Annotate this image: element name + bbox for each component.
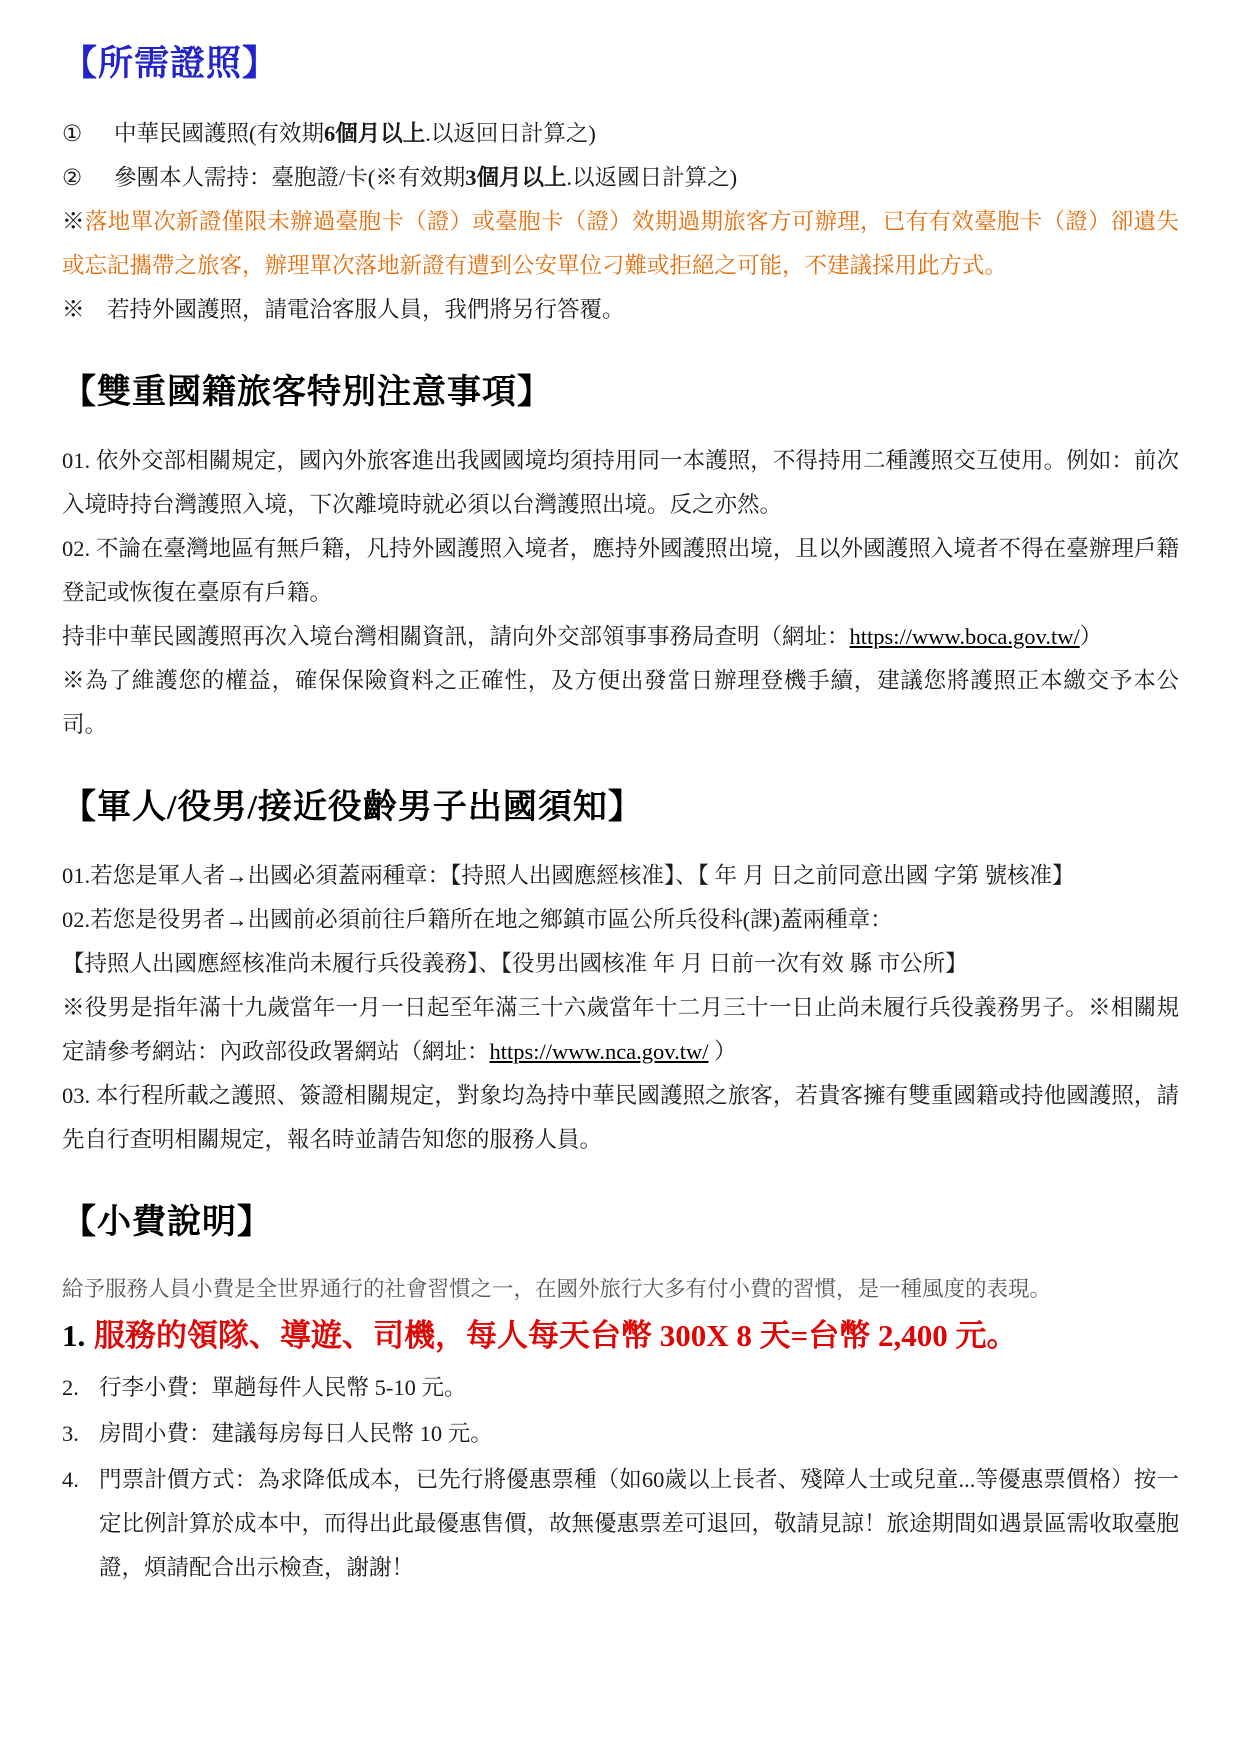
dual-nationality-rule-1: 01. 依外交部相關規定，國內外旅客進出我國國境均須持用同一本護照，不得持用二種… — [62, 439, 1179, 527]
nca-website-link[interactable]: https://www.nca.gov.tw/ — [490, 1039, 709, 1064]
tip-item-guide-driver-text: 服務的領隊、導遊、司機，每人每天台幣 300X 8 天=台幣 2,400 元。 — [94, 1318, 1018, 1353]
foreign-passport-note: ※ 若持外國護照，請電洽客服人員，我們將另行答覆。 — [62, 288, 1179, 332]
required-doc-item-2-text: 參團本人需持：臺胞證/卡(※有效期3個月以上.以返國日計算之) — [114, 165, 737, 190]
document-page: 【所需證照】 ① 中華民國護照(有效期6個月以上.以返回日計算之) ② 參團本人… — [0, 0, 1241, 1755]
military-rule-2: 02.若您是役男者→出國前必須前往戶籍所在地之鄉鎮市區公所兵役科(課)蓋兩種章： — [62, 898, 1179, 942]
tip-number-1: 1. — [62, 1311, 85, 1360]
military-rule-1: 01.若您是軍人者→出國必須蓋兩種章：【持照人出國應經核准】、【 年 月 日之前… — [62, 854, 1179, 898]
tip-item-tickets: 4. 門票計價方式：為求降低成本，已先行將優惠票種（如60歲以上長者、殘障人士或… — [62, 1458, 1179, 1590]
dual-nationality-boca-info: 持非中華民國護照再次入境台灣相關資訊，請向外交部領事事務局查明（網址：https… — [62, 615, 1179, 659]
landing-permit-warning: ※落地單次新證僅限未辦過臺胞卡（證）或臺胞卡（證）效期過期旅客方可辦理，已有有效… — [62, 200, 1179, 288]
required-doc-item-1-text: 中華民國護照(有效期6個月以上.以返回日計算之) — [114, 121, 596, 146]
tip-item-room: 3. 房間小費：建議每房每日人民幣 10 元。 — [62, 1412, 1179, 1456]
military-rule-3: 03. 本行程所載之護照、簽證相關規定，對象均為持中華民國護照之旅客，若貴客擁有… — [62, 1074, 1179, 1162]
circled-number-2: ② — [62, 156, 82, 200]
tip-item-tickets-text: 門票計價方式：為求降低成本，已先行將優惠票種（如60歲以上長者、殘障人士或兒童.… — [99, 1467, 1179, 1580]
required-doc-item-1: ① 中華民國護照(有效期6個月以上.以返回日計算之) — [62, 112, 1179, 156]
section-title-required-documents: 【所需證照】 — [62, 36, 1179, 86]
section-title-military-service: 【軍人/役男/接近役齡男子出國須知】 — [62, 779, 1179, 828]
tip-number-3: 3. — [62, 1412, 79, 1456]
tips-intro: 給予服務人員小費是全世界通行的社會習慣之一，在國外旅行大多有付小費的習慣，是一種… — [62, 1269, 1179, 1309]
draftee-definition-note: ※役男是指年滿十九歲當年一月一日起至年滿三十六歲當年十二月三十一日止尚未履行兵役… — [62, 986, 1179, 1074]
tip-number-4: 4. — [62, 1458, 79, 1502]
reference-mark: ※ — [62, 209, 85, 234]
tip-item-room-text: 房間小費：建議每房每日人民幣 10 元。 — [99, 1421, 493, 1446]
boca-website-link[interactable]: https://www.boca.gov.tw/ — [850, 624, 1080, 649]
tip-item-luggage-text: 行李小費：單趟每件人民幣 5-10 元。 — [99, 1375, 467, 1400]
military-rule-2-stamps: 【持照人出國應經核准尚未履行兵役義務】、【役男出國核准 年 月 日前一次有效 縣… — [62, 942, 1179, 986]
section-title-tips: 【小費說明】 — [62, 1194, 1179, 1243]
section-title-dual-nationality: 【雙重國籍旅客特別注意事項】 — [62, 364, 1179, 413]
circled-number-1: ① — [62, 112, 82, 156]
tip-number-2: 2. — [62, 1366, 79, 1410]
landing-permit-warning-text: 落地單次新證僅限未辦過臺胞卡（證）或臺胞卡（證）效期過期旅客方可辦理，已有有效臺… — [62, 209, 1179, 278]
passport-original-note: ※為了維護您的權益，確保保險資料之正確性，及方便出發當日辦理登機手續，建議您將護… — [62, 659, 1179, 747]
dual-nationality-rule-2: 02. 不論在臺灣地區有無戶籍，凡持外國護照入境者，應持外國護照出境，且以外國護… — [62, 527, 1179, 615]
tip-item-luggage: 2. 行李小費：單趟每件人民幣 5-10 元。 — [62, 1366, 1179, 1410]
required-doc-item-2: ② 參團本人需持：臺胞證/卡(※有效期3個月以上.以返國日計算之) — [62, 156, 1179, 200]
tip-item-guide-driver: 1. 服務的領隊、導遊、司機，每人每天台幣 300X 8 天=台幣 2,400 … — [62, 1311, 1179, 1360]
